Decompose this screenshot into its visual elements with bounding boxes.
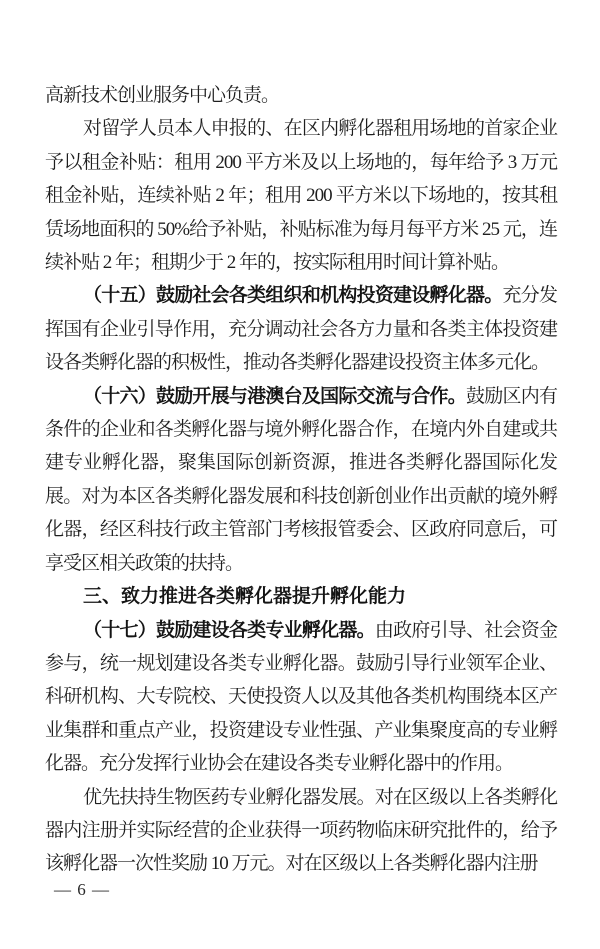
section-heading-text: 三、致力推进各类孵化器提升孵化能力 bbox=[83, 586, 406, 607]
paragraph-text: 对留学人员本人申报的、在区内孵化器租用场地的首家企业予以租金补贴：租用 200 … bbox=[45, 118, 557, 273]
paragraph-text: 高新技术创业服务中心负责。 bbox=[45, 85, 279, 106]
paragraph-rent-subsidy: 对留学人员本人申报的、在区内孵化器租用场地的首家企业予以租金补贴：租用 200 … bbox=[45, 112, 557, 279]
paragraph-item-16: （十六）鼓励开展与港澳台及国际交流与合作。鼓励区内有条件的企业和各类孵化器与境外… bbox=[45, 380, 557, 580]
document-body: 高新技术创业服务中心负责。 对留学人员本人申报的、在区内孵化器租用场地的首家企业… bbox=[45, 79, 557, 881]
page-number: — 6 — bbox=[54, 880, 110, 900]
paragraph-text: 由政府引导、社会资金参与，统一规划建设各类专业孵化器。鼓励引导行业领军企业、科研… bbox=[45, 620, 557, 775]
paragraph-item-17: （十七）鼓励建设各类专业孵化器。由政府引导、社会资金参与，统一规划建设各类专业孵… bbox=[45, 614, 557, 781]
paragraph-biomedical: 优先扶持生物医药专业孵化器发展。对在区级以上各类孵化器内注册并实际经营的企业获得… bbox=[45, 781, 557, 881]
paragraph-text: 优先扶持生物医药专业孵化器发展。对在区级以上各类孵化器内注册并实际经营的企业获得… bbox=[45, 787, 557, 875]
paragraph-continuation: 高新技术创业服务中心负责。 bbox=[45, 79, 557, 112]
section-heading-3: 三、致力推进各类孵化器提升孵化能力 bbox=[45, 580, 557, 613]
clause-heading-16: （十六）鼓励开展与港澳台及国际交流与合作。 bbox=[83, 386, 466, 407]
paragraph-item-15: （十五）鼓励社会各类组织和机构投资建设孵化器。充分发挥国有企业引导作用，充分调动… bbox=[45, 279, 557, 379]
document-page: 高新技术创业服务中心负责。 对留学人员本人申报的、在区内孵化器租用场地的首家企业… bbox=[0, 0, 600, 949]
paragraph-text: 鼓励区内有条件的企业和各类孵化器与境外孵化器合作，在境内外自建或共建专业孵化器，… bbox=[45, 386, 557, 574]
clause-heading-17: （十七）鼓励建设各类专业孵化器。 bbox=[83, 620, 375, 641]
clause-heading-15: （十五）鼓励社会各类组织和机构投资建设孵化器。 bbox=[83, 285, 503, 306]
